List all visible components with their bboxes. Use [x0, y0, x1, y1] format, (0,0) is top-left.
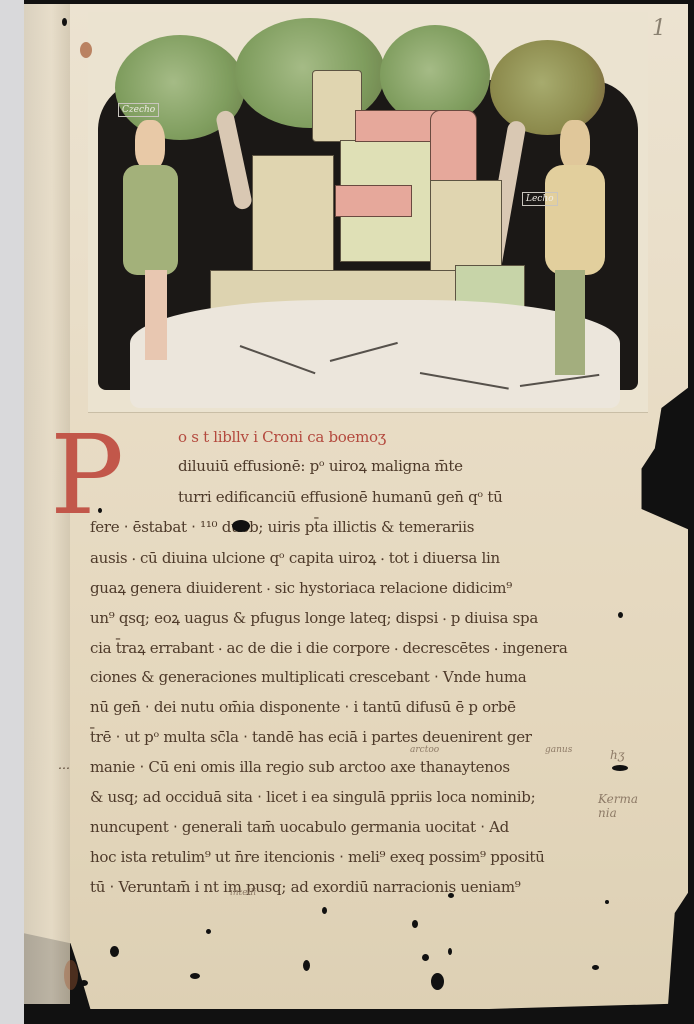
worm-hole [322, 907, 327, 914]
rubric: o s t libllv i Croni ca boemoʒ [178, 428, 386, 446]
label-czecho: Czecho [118, 103, 159, 117]
worm-hole [412, 920, 418, 928]
text-line: manie ‧ Cū eni omis illa regio sub arcto… [90, 758, 510, 776]
castle-roof [335, 185, 412, 217]
stain [64, 960, 78, 990]
background-strip [0, 0, 24, 1024]
label-lecho: Lecho [522, 192, 558, 206]
text-line: nuncupent ‧ generali tam̄ uocabulo germa… [90, 818, 509, 836]
legs [145, 270, 167, 360]
text-line: ciones & generaciones multiplicati cresc… [90, 668, 526, 686]
text-line: fere ‧ ēstabat ‧ ¹¹⁰ duob; uiris pt̄a il… [90, 518, 474, 536]
text-line: nū gen̄ ‧ dei nutu om̄ia disponente ‧ i … [90, 698, 516, 716]
illuminated-initial: P [50, 420, 124, 530]
margin-note-right: hʒ [610, 748, 625, 762]
text-line: & usq; ad occiduā sita ‧ licet i ea sing… [90, 788, 535, 806]
text-line: guaꝝ genera diuiderent ‧ sic hystoriaca … [90, 578, 512, 598]
figure-lecho [530, 120, 620, 380]
worm-hole [110, 946, 119, 957]
interlinear-gloss: ganus [545, 745, 572, 755]
text-line: diluuiū effusionē: pᵒ uiroꝝ maligna m̄te [178, 456, 463, 476]
worm-hole [605, 900, 609, 904]
folio-number: 1 [652, 16, 666, 41]
worm-hole [62, 18, 67, 26]
margin-note-left: … [58, 758, 70, 772]
margin-note-germania: Kerma nia [598, 792, 648, 820]
worm-hole [80, 980, 88, 986]
text-line: hoc ista retulim⁹ ut n̄re itencionis ‧ m… [90, 848, 545, 866]
text-line: cia t̄raꝝ errabant ‧ ac de die i die cor… [90, 638, 568, 658]
worm-hole [206, 929, 211, 934]
text-line: tū ‧ Veruntam̄ i nt im pusq; ad exordiū … [90, 878, 520, 896]
worm-hole [190, 973, 200, 979]
head [560, 120, 590, 170]
head [135, 120, 165, 170]
text-line: turri edificanciū effusionē humanū gen̄ … [178, 488, 502, 506]
worm-hole [612, 765, 628, 771]
legs [555, 270, 585, 375]
worm-hole [592, 965, 599, 970]
interlinear-gloss: intelli [230, 888, 256, 898]
worm-hole [303, 960, 310, 971]
text-line: ausis ‧ cū diuina ulcione qᵒ capita uiro… [90, 548, 500, 568]
text-line: un⁹ qsq; eoꝝ uagus & pfugus longe lateq;… [90, 608, 538, 628]
worm-hole [618, 612, 623, 618]
tunic [545, 165, 605, 275]
worm-hole [232, 520, 250, 532]
worm-hole [448, 948, 452, 955]
interlinear-gloss: arctoo [410, 745, 439, 755]
text-line: t̄rē ‧ ut pᵒ multa sc̄la ‧ tandē has eci… [90, 728, 532, 746]
figure-czecho [105, 120, 205, 370]
worm-hole [98, 508, 102, 513]
stain [80, 42, 92, 58]
worm-hole [448, 893, 454, 898]
worm-hole [422, 954, 429, 961]
tunic [123, 165, 178, 275]
worm-hole [431, 973, 444, 990]
